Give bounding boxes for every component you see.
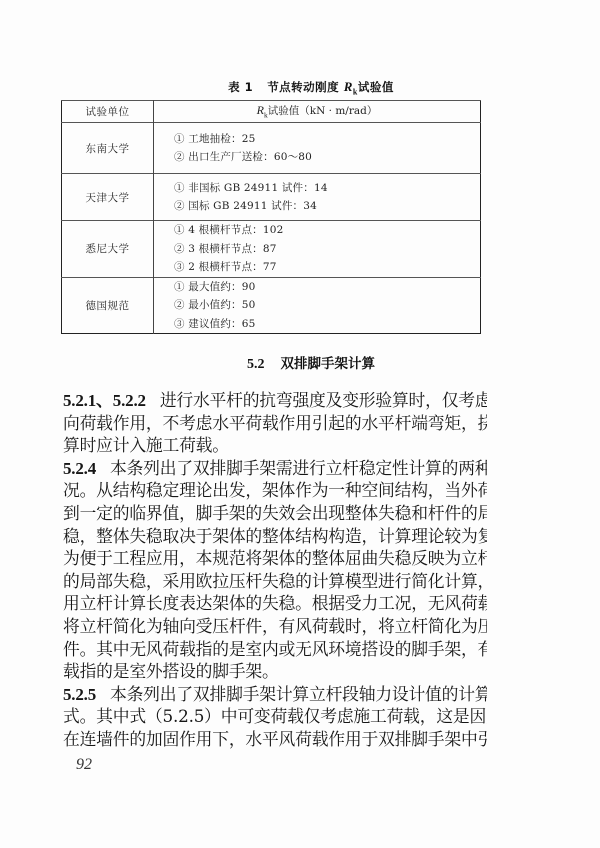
text-line: 5.2.1、5.2.2进行水平杆的抗弯强度及变形验算时，仅考虑竖: [63, 389, 487, 412]
value-item: ② 出口生产厂送检：60～80: [174, 148, 480, 167]
text-line: 载指的是室外搭设的脚手架。: [63, 660, 487, 683]
clause-number: 5.2.5: [63, 685, 96, 704]
value-item: ① 最大值约：90: [174, 278, 480, 297]
value-item: ① 4 根横杆节点：102: [174, 221, 480, 240]
line-text: 本条列出了双排脚手架需进行立杆稳定性计算的两种工: [110, 458, 487, 478]
line-text: 进行水平杆的抗弯强度及变形验算时，仅考虑竖: [160, 390, 487, 410]
table-caption-suffix: 试验值: [358, 80, 394, 94]
text-line: 5.2.5本条列出了双排脚手架计算立杆段轴力设计值的计算公: [63, 683, 487, 706]
rk-symbol-base: R: [257, 103, 264, 117]
document-page: 表 1节点转动刚度 Rk试验值 试验单位 Rk试验值（kN · m/rad） 东…: [0, 0, 600, 848]
cell-values: ① 工地抽检：25 ② 出口生产厂送检：60～80: [154, 123, 481, 174]
table-caption-number: 表 1: [228, 80, 253, 94]
section-heading: 5.2双排脚手架计算: [0, 352, 600, 373]
cell-unit: 悉尼大学: [62, 221, 154, 278]
text-line: 件。其中无风荷载指的是室内或无风环境搭设的脚手架，有风荷: [63, 638, 487, 661]
section-number: 5.2: [247, 357, 265, 372]
table-header-row: 试验单位 Rk试验值（kN · m/rad）: [62, 101, 481, 123]
cell-unit: 德国规范: [62, 277, 154, 334]
value-item: ② 国标 GB 24911 试件：34: [174, 197, 480, 216]
value-item: ① 非国标 GB 24911 试件：14: [174, 179, 480, 198]
table-row: 东南大学 ① 工地抽检：25 ② 出口生产厂送检：60～80: [62, 123, 481, 174]
table-row: 德国规范 ① 最大值约：90 ② 最小值约：50 ③ 建议值约：65: [62, 277, 481, 334]
value-item: ③ 建议值约：65: [174, 315, 480, 334]
text-line: 5.2.4本条列出了双排脚手架需进行立杆稳定性计算的两种工: [63, 457, 487, 480]
header-test-unit: 试验单位: [62, 101, 154, 123]
text-line: 为便于工程应用，本规范将架体的整体屈曲失稳反映为立杆失稳: [63, 547, 487, 570]
cell-values: ① 最大值约：90 ② 最小值约：50 ③ 建议值约：65: [154, 277, 481, 334]
clause-number: 5.2.4: [63, 459, 96, 478]
value-item: ② 3 根横杆节点：87: [174, 240, 480, 259]
rk-symbol: Rk: [257, 103, 268, 117]
line-text: 本条列出了双排脚手架计算立杆段轴力设计值的计算公: [110, 684, 487, 704]
header-rk-label: 试验值（kN · m/rad）: [268, 105, 378, 117]
text-line: 用立杆计算长度表达架体的失稳。根据受力工况，无风荷载时，: [63, 592, 487, 615]
rk-test-values-table: 试验单位 Rk试验值（kN · m/rad） 东南大学 ① 工地抽检：25 ② …: [61, 100, 481, 334]
text-line: 算时应计入施工荷载。: [63, 434, 487, 457]
text-line: 式。其中式（5.2.5）中可变荷载仅考虑施工荷载，这是因为，: [63, 705, 487, 728]
table-row: 悉尼大学 ① 4 根横杆节点：102 ② 3 根横杆节点：87 ③ 2 根横杆节…: [62, 221, 481, 278]
table-caption: 表 1节点转动刚度 Rk试验值: [0, 79, 600, 97]
value-item: ① 工地抽检：25: [174, 130, 480, 149]
value-item: ③ 2 根横杆节点：77: [174, 258, 480, 277]
table-row: 天津大学 ① 非国标 GB 24911 试件：14 ② 国标 GB 24911 …: [62, 174, 481, 221]
cell-values: ① 4 根横杆节点：102 ② 3 根横杆节点：87 ③ 2 根横杆节点：77: [154, 221, 481, 278]
clause-number: 5.2.1、5.2.2: [63, 391, 146, 410]
cell-unit: 天津大学: [62, 174, 154, 221]
rk-symbol-base: R: [344, 79, 353, 94]
cell-unit: 东南大学: [62, 123, 154, 174]
table-caption-prefix: 节点转动刚度: [267, 80, 339, 94]
text-line: 在连墙件的加固作用下，水平风荷载作用于双排脚手架中引起的: [63, 728, 487, 751]
cell-values: ① 非国标 GB 24911 试件：14 ② 国标 GB 24911 试件：34: [154, 174, 481, 221]
text-line: 向荷载作用，不考虑水平荷载作用引起的水平杆端弯矩，挠度计: [63, 412, 487, 435]
text-line: 将立杆简化为轴向受压杆件，有风荷载时，将立杆简化为压弯杆: [63, 615, 487, 638]
body-text: 5.2.1、5.2.2进行水平杆的抗弯强度及变形验算时，仅考虑竖 向荷载作用，不…: [63, 389, 487, 751]
text-line: 稳，整体失稳取决于架体的整体结构构造，计算理论较为复杂。: [63, 525, 487, 548]
text-line: 况。从结构稳定理论出发，架体作为一种空间结构，当外荷载达: [63, 479, 487, 502]
value-item: ② 最小值约：50: [174, 296, 480, 315]
text-line: 到一定的临界值，脚手架的失效会出现整体失稳和杆件的局部失: [63, 502, 487, 525]
text-line: 的局部失稳，采用欧拉压杆失稳的计算模型进行简化计算，并采: [63, 570, 487, 593]
header-rk-values: Rk试验值（kN · m/rad）: [154, 101, 481, 123]
rk-symbol: Rk: [344, 79, 358, 94]
section-title: 双排脚手架计算: [281, 356, 376, 372]
page-number: 92: [76, 756, 92, 774]
